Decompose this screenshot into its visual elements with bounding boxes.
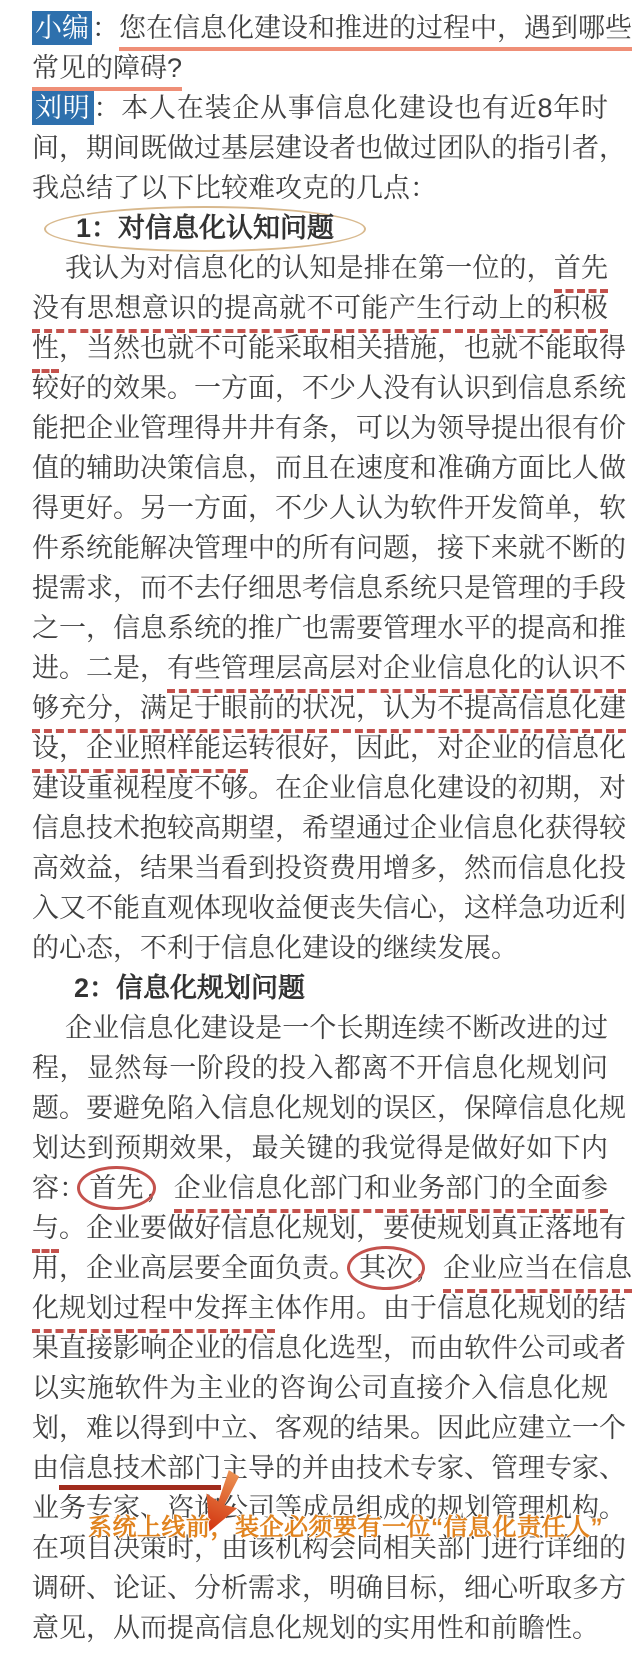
dashed-underlined-text: 企业信息化部门和业务部门的全面参 <box>174 1173 608 1213</box>
body-text: ： <box>94 93 122 123</box>
body-text: ，当然也就不可能采取相关措施，也就不能取得 <box>59 333 626 363</box>
body-text: 由 <box>32 1453 59 1483</box>
body-text: 题。要避免陷入信息化规划的误区，保障信息化规 <box>32 1093 626 1123</box>
body-text: 建设重视程度不够。在企业信息化建设的初期，对 <box>32 773 626 803</box>
body-text: 之一，信息系统的推广也需要管理水平的提高和推 <box>32 613 626 643</box>
text-line: 能把企业管理得井井有条，可以为领导提出很有价 <box>32 408 608 448</box>
body-text: 高效益，结果当看到投资费用增多，然而信息化投 <box>32 853 626 883</box>
dashed-underlined-text: 与 <box>32 1213 59 1253</box>
body-text: 得更好。另一方面，不少人认为软件开发简单，软 <box>32 493 626 523</box>
body-text: 程，显然每一阶段的投入都离不开信息化规划问 <box>32 1053 608 1083</box>
body-text: 意见，从而提高信息化规划的实用性和前瞻性。 <box>32 1613 599 1643</box>
text-line: 小编：您在信息化建设和推进的过程中，遇到哪些 <box>32 8 608 48</box>
body-text: 本人在装企从事信息化建设也有近8年时 <box>121 93 608 123</box>
dashed-underlined-text: 有些管理层高层对企业信息化的认识不 <box>167 653 626 693</box>
body-text: 。企业要做好信息化规划，要使规划真正落地有 <box>59 1213 626 1243</box>
text-line: 提需求，而不去仔细思考信息系统只是管理的手段 <box>32 568 608 608</box>
body-text: 果直接影响企业的信息化选型，而由软件公司或者 <box>32 1333 626 1363</box>
text-line: 设，企业照样能运转很好，因此，对企业的信息化 <box>32 728 608 768</box>
body-text: 转很好，因此，对企业的信息化 <box>248 733 626 763</box>
body-text: 值的辅助决策信息，而且在速度和准确方面比人做 <box>32 453 626 483</box>
dashed-underlined-text: 企业应当在信息 <box>443 1253 632 1293</box>
dashed-underlined-text: 设，企业照样能运 <box>32 733 248 773</box>
text-line: 用，企业高层要全面负责。其次，企业应当在信息 <box>32 1248 608 1288</box>
body-text: 的心态，不利于信息化建设的继续发展。 <box>32 933 518 963</box>
body-text: 件系统能解决管理中的所有问题，接下来就不断的 <box>32 533 626 563</box>
text-line: 没有思想意识的提高就不可能产生行动上的积极 <box>32 288 608 328</box>
text-line: 企业信息化建设是一个长期连续不断改进的过 <box>32 1008 608 1048</box>
text-line: 间，期间既做过基层建设者也做过团队的指引者， <box>32 128 608 168</box>
text-line: 容：首先，企业信息化部门和业务部门的全面参 <box>32 1168 608 1208</box>
text-line: 2：信息化规划问题 <box>32 968 608 1008</box>
body-text: 调研、论证、分析需求，明确目标，细心听取多方 <box>32 1573 626 1603</box>
dashed-underlined-text: 性 <box>32 333 59 373</box>
body-text: 企业信息化建设是一个长期连续不断改进的过 <box>65 1013 608 1043</box>
body-text: 体作用。由于信息化规划的结 <box>275 1293 626 1323</box>
dashed-underlined-text: 够充分，满足于眼前的状况，认为不提高信息化建 <box>32 693 626 733</box>
text-line: 由信息技术部门主导的并由技术专家、管理专家、 <box>32 1448 608 1488</box>
text-line: 划达到预期效果，最关键的我觉得是做好如下内 <box>32 1128 608 1168</box>
text-line: 意见，从而提高信息化规划的实用性和前瞻性。 <box>32 1608 608 1648</box>
circled-section-heading: 1：对信息化认知问题 <box>44 206 366 252</box>
text-line: 化规划过程中发挥主体作用。由于信息化规划的结 <box>32 1288 608 1328</box>
text-line: 性，当然也就不可能采取相关措施，也就不能取得 <box>32 328 608 368</box>
body-text: 划，难以得到中立、客观的结果。因此应建立一个 <box>32 1413 626 1443</box>
text-line: 的心态，不利于信息化建设的继续发展。 <box>32 928 608 968</box>
text-line: 题。要避免陷入信息化规划的误区，保障信息化规 <box>32 1088 608 1128</box>
text-line: 我认为对信息化的认知是排在第一位的，首先 <box>32 248 608 288</box>
text-line: 之一，信息系统的推广也需要管理水平的提高和推 <box>32 608 608 648</box>
red-underlined-keyword: 信息技术部门 <box>59 1453 221 1490</box>
article-text: 小编：您在信息化建设和推进的过程中，遇到哪些常见的障碍?刘明：本人在装企从事信息… <box>32 8 608 1648</box>
speaker-label: 小编 <box>32 11 92 45</box>
text-line: 程，显然每一阶段的投入都离不开信息化规划问 <box>32 1048 608 1088</box>
text-line: 高效益，结果当看到投资费用增多，然而信息化投 <box>32 848 608 888</box>
body-text: 我认为对信息化的认知是排在第一位的， <box>65 253 554 283</box>
section-heading: 2：信息化规划问题 <box>74 973 305 1003</box>
text-line: 我总结了以下比较难攻克的几点： <box>32 168 608 208</box>
text-line: 果直接影响企业的信息化选型，而由软件公司或者 <box>32 1328 608 1368</box>
body-text: 信息技术抱较高期望，希望通过企业信息化获得较 <box>32 813 626 843</box>
text-line: 建设重视程度不够。在企业信息化建设的初期，对 <box>32 768 608 808</box>
text-line: 划，难以得到中立、客观的结果。因此应建立一个 <box>32 1408 608 1448</box>
body-text: 我总结了以下比较难攻克的几点： <box>32 173 437 203</box>
text-line: 以实施软件为主业的咨询公司直接介入信息化规 <box>32 1368 608 1408</box>
text-line: 信息技术抱较高期望，希望通过企业信息化获得较 <box>32 808 608 848</box>
dashed-underlined-text: 没有思想意识的提高就不可能产生行动上的积极 <box>32 293 608 333</box>
body-text: 提需求，而不去仔细思考信息系统只是管理的手段 <box>32 573 626 603</box>
article-page: 小编：您在信息化建设和推进的过程中，遇到哪些常见的障碍?刘明：本人在装企从事信息… <box>0 0 640 1653</box>
text-line: 常见的障碍? <box>32 48 608 88</box>
text-line: 进。二是，有些管理层高层对企业信息化的认识不 <box>32 648 608 688</box>
text-line: 入又不能直观体现收益便丧失信心，这样急功近利 <box>32 888 608 928</box>
text-line: 刘明：本人在装企从事信息化建设也有近8年时 <box>32 88 608 128</box>
text-line: 值的辅助决策信息，而且在速度和准确方面比人做 <box>32 448 608 488</box>
dashed-underlined-text: 化规划过程中发挥主 <box>32 1293 275 1333</box>
circled-keyword: 其次 <box>347 1246 425 1290</box>
body-text: 用，企业高层要全面负责。 <box>32 1253 356 1283</box>
overlay-caption: 系统上线前，装企必须要有一位“信息化责任人” <box>88 1507 603 1542</box>
text-line: 件系统能解决管理中的所有问题，接下来就不断的 <box>32 528 608 568</box>
body-text: 进。二是， <box>32 653 167 683</box>
question-underlined-text: 您在信息化建设和推进的过程中，遇到哪些 <box>119 13 632 51</box>
text-line: 与。企业要做好信息化规划，要使规划真正落地有 <box>32 1208 608 1248</box>
circled-keyword: 首先 <box>77 1166 155 1210</box>
text-line: 够充分，满足于眼前的状况，认为不提高信息化建 <box>32 688 608 728</box>
body-text: 以实施软件为主业的咨询公司直接介入信息化规 <box>32 1373 608 1403</box>
text-line: 1：对信息化认知问题 <box>32 208 608 248</box>
dashed-underlined-text: 首先 <box>554 253 608 293</box>
body-text: 入又不能直观体现收益便丧失信心，这样急功近利 <box>32 893 626 923</box>
body-text: 能把企业管理得井井有条，可以为领导提出很有价 <box>32 413 626 443</box>
text-line: 调研、论证、分析需求，明确目标，细心听取多方 <box>32 1568 608 1608</box>
body-text: 划达到预期效果，最关键的我觉得是做好如下内 <box>32 1133 608 1163</box>
speaker-label: 刘明 <box>32 91 94 125</box>
text-line: 得更好。另一方面，不少人认为软件开发简单，软 <box>32 488 608 528</box>
body-text: 较好的效果。一方面，不少人没有认识到信息系统 <box>32 373 626 403</box>
body-text: 间，期间既做过基层建设者也做过团队的指引者， <box>32 133 626 163</box>
body-text: 主导的并由技术专家、管理专家、 <box>221 1453 626 1483</box>
question-underlined-text: 常见的障碍? <box>32 53 182 91</box>
body-text: ： <box>92 13 119 43</box>
text-line: 较好的效果。一方面，不少人没有认识到信息系统 <box>32 368 608 408</box>
